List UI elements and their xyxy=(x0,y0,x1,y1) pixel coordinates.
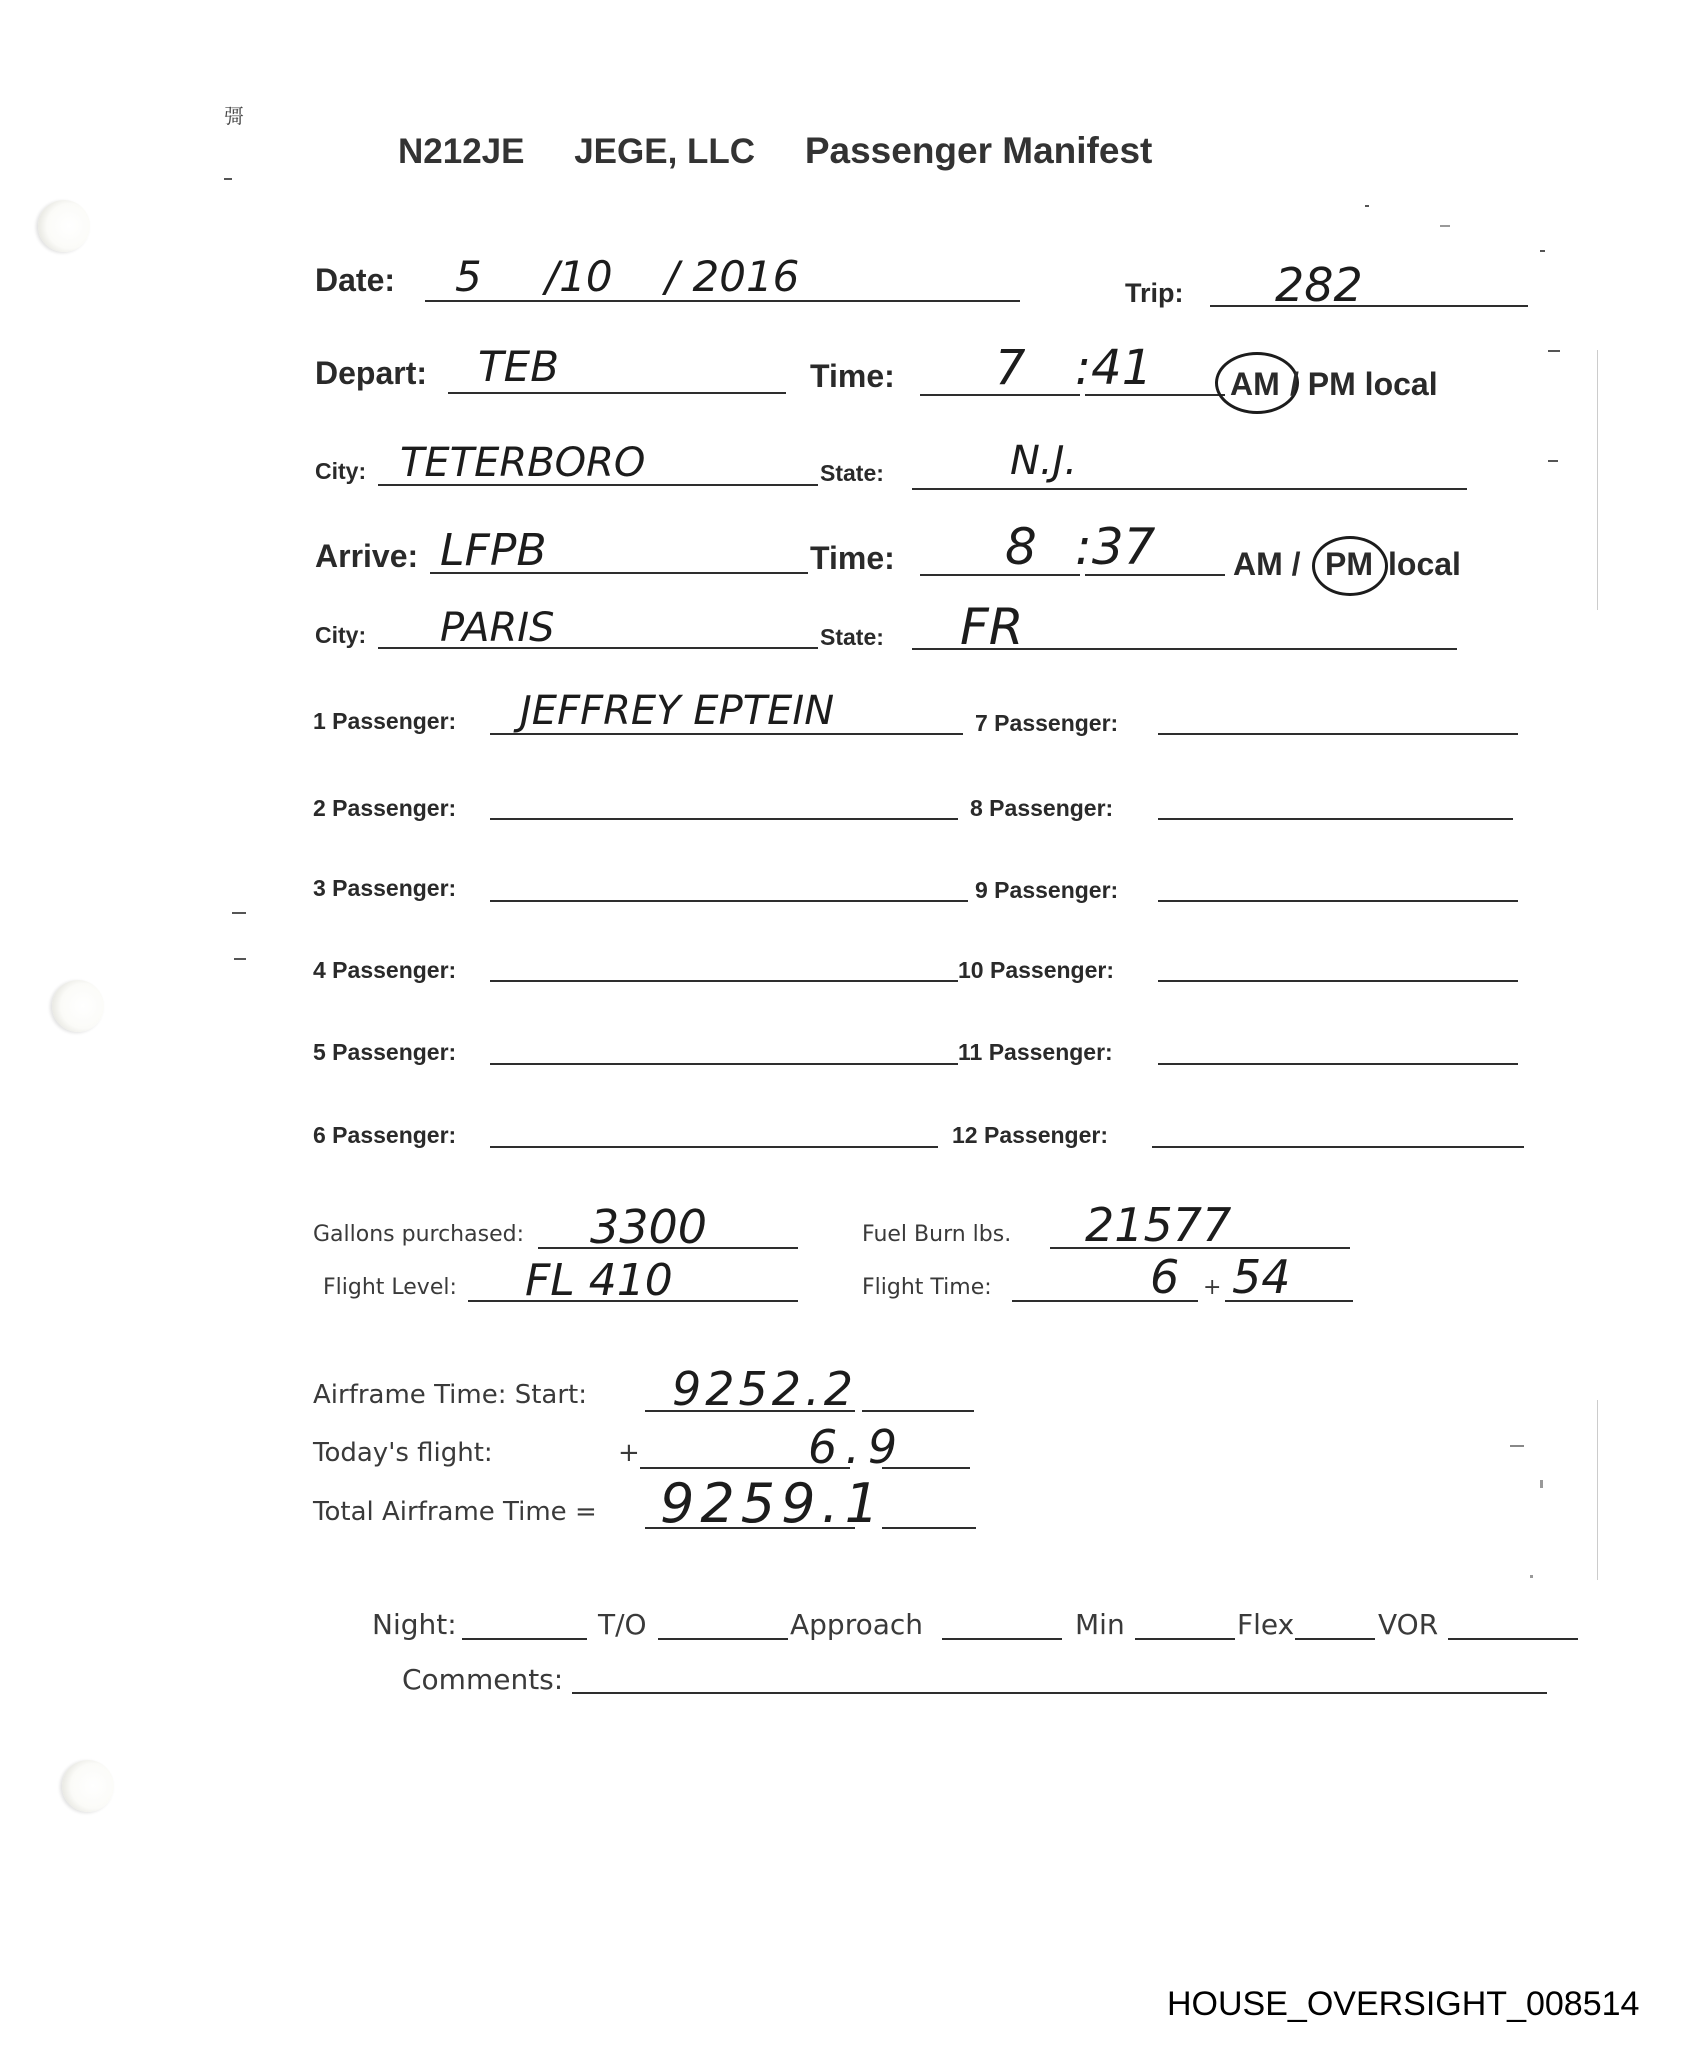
passenger-12-label: 12 Passenger: xyxy=(952,1122,1108,1149)
company-name: JEGE, LLC xyxy=(574,132,755,171)
margin-dash xyxy=(232,912,246,914)
passenger-5-label: 5 Passenger: xyxy=(313,1039,456,1066)
arrive-am-option[interactable]: AM / xyxy=(1233,546,1301,583)
document-header: N212JE JEGE, LLC Passenger Manifest xyxy=(398,130,1152,172)
depart-state-value: N.J. xyxy=(1010,438,1077,484)
gallons-value: 3300 xyxy=(590,1200,707,1254)
passenger-6-label: 6 Passenger: xyxy=(313,1122,456,1149)
passenger-8-label: 8 Passenger: xyxy=(970,795,1113,822)
pm-selection-circle xyxy=(1312,536,1388,596)
date-year-value: / 2016 xyxy=(665,252,799,301)
passenger-3-label: 3 Passenger: xyxy=(313,875,456,902)
passenger-1-label: 1 Passenger: xyxy=(313,708,456,735)
passenger-10-label: 10 Passenger: xyxy=(958,957,1114,984)
approach-field[interactable] xyxy=(942,1638,1062,1640)
passenger-2-field[interactable] xyxy=(490,818,958,820)
comments-label: Comments: xyxy=(402,1663,563,1696)
arrive-airport-value: LFPB xyxy=(440,525,547,576)
total-airframe-value: 9259.1 xyxy=(660,1472,885,1535)
arrive-hour-value: 8 xyxy=(1005,518,1037,576)
airframe-start-decimal-field[interactable] xyxy=(862,1410,974,1412)
passenger-3-field[interactable] xyxy=(490,900,968,902)
passenger-4-field[interactable] xyxy=(490,980,958,982)
min-field[interactable] xyxy=(1135,1638,1235,1640)
date-day-value: /10 xyxy=(545,252,613,301)
fuel-burn-value: 21577 xyxy=(1085,1198,1231,1252)
scan-speck xyxy=(1365,205,1369,207)
flight-level-label: Flight Level: xyxy=(323,1275,457,1300)
gallons-label: Gallons purchased: xyxy=(313,1222,524,1247)
arrive-city-label: City: xyxy=(315,622,366,649)
date-month-value: 5 xyxy=(455,252,482,301)
bates-stamp: HOUSE_OVERSIGHT_008514 xyxy=(1167,1985,1639,2024)
scan-speck xyxy=(1548,350,1560,352)
flex-label: Flex xyxy=(1237,1608,1294,1641)
flight-time-minutes-value: 54 xyxy=(1232,1250,1291,1304)
arrive-state-label: State: xyxy=(820,624,884,651)
vor-label: VOR xyxy=(1378,1608,1438,1641)
passenger-11-label: 11 Passenger: xyxy=(958,1039,1113,1066)
depart-state-field[interactable] xyxy=(912,488,1467,490)
scan-speck xyxy=(1510,1445,1524,1447)
comments-field[interactable] xyxy=(572,1692,1547,1694)
am-selection-circle xyxy=(1215,352,1299,414)
scan-speck xyxy=(1540,1480,1543,1488)
arrive-hour-field[interactable] xyxy=(920,574,1080,576)
today-flight-operator: + xyxy=(618,1438,640,1468)
depart-time-label: Time: xyxy=(810,358,895,395)
airframe-start-label: Airframe Time: Start: xyxy=(313,1380,587,1410)
binder-hole-top xyxy=(38,200,90,252)
depart-minute-value: :41 xyxy=(1075,340,1152,396)
fuel-burn-label: Fuel Burn lbs. xyxy=(862,1222,1011,1247)
page-edge-line xyxy=(1597,350,1598,610)
passenger-6-field[interactable] xyxy=(490,1146,938,1148)
scan-speck xyxy=(1548,460,1558,462)
scan-speck xyxy=(1540,250,1545,252)
arrive-time-label: Time: xyxy=(810,540,895,577)
passenger-10-field[interactable] xyxy=(1158,980,1518,982)
depart-airport-value: TEB xyxy=(478,342,559,391)
tail-number: N212JE xyxy=(398,132,524,171)
margin-dash xyxy=(224,178,232,180)
arrive-local-label: local xyxy=(1388,546,1461,583)
trip-label: Trip: xyxy=(1125,278,1184,309)
arrive-city-value: PARIS xyxy=(440,605,554,651)
airframe-start-value: 9252.2 xyxy=(672,1362,857,1416)
flight-time-separator: + xyxy=(1203,1275,1221,1300)
date-label: Date: xyxy=(315,262,395,299)
depart-label: Depart: xyxy=(315,355,427,392)
arrive-state-value: FR xyxy=(960,598,1024,656)
depart-hour-value: 7 xyxy=(995,340,1026,396)
night-label: Night: xyxy=(372,1608,457,1641)
approach-label: Approach xyxy=(790,1608,923,1641)
depart-airport-field[interactable] xyxy=(448,392,786,394)
depart-pm-option[interactable]: / PM local xyxy=(1290,366,1438,403)
night-field[interactable] xyxy=(462,1638,587,1640)
binder-hole-bottom xyxy=(62,1760,114,1812)
depart-city-label: City: xyxy=(315,458,366,485)
arrive-minute-value: :37 xyxy=(1075,518,1155,576)
passenger-9-field[interactable] xyxy=(1158,900,1518,902)
min-label: Min xyxy=(1075,1608,1125,1641)
passenger-1-value: JEFFREY EPTEIN xyxy=(520,688,834,734)
passenger-2-label: 2 Passenger: xyxy=(313,795,456,822)
flight-time-label: Flight Time: xyxy=(862,1275,992,1300)
page-title: Passenger Manifest xyxy=(805,130,1153,171)
passenger-4-label: 4 Passenger: xyxy=(313,957,456,984)
trip-field[interactable] xyxy=(1210,305,1528,307)
passenger-7-field[interactable] xyxy=(1158,733,1518,735)
margin-mark: 彁 xyxy=(224,100,244,129)
page-edge-line xyxy=(1597,1400,1598,1580)
scan-speck xyxy=(1440,225,1450,227)
flight-level-value: FL 410 xyxy=(525,1255,673,1306)
today-flight-value: 6.9 xyxy=(808,1420,905,1474)
depart-state-label: State: xyxy=(820,460,884,487)
passenger-9-label: 9 Passenger: xyxy=(975,877,1118,904)
today-flight-label: Today's flight: xyxy=(313,1438,493,1468)
flex-field[interactable] xyxy=(1295,1638,1375,1640)
trip-value: 282 xyxy=(1275,258,1363,312)
total-airframe-decimal-field[interactable] xyxy=(882,1527,976,1529)
passenger-12-field[interactable] xyxy=(1152,1146,1524,1148)
passenger-5-field[interactable] xyxy=(490,1063,958,1065)
passenger-7-label: 7 Passenger: xyxy=(975,710,1118,737)
flight-time-hours-value: 6 xyxy=(1150,1250,1179,1304)
arrive-label: Arrive: xyxy=(315,538,418,575)
to-field[interactable] xyxy=(658,1638,788,1640)
scan-speck xyxy=(1530,1575,1533,1578)
passenger-11-field[interactable] xyxy=(1158,1063,1518,1065)
to-label: T/O xyxy=(598,1608,647,1641)
passenger-8-field[interactable] xyxy=(1158,818,1513,820)
total-airframe-label: Total Airframe Time = xyxy=(313,1497,597,1527)
binder-hole-middle xyxy=(52,980,104,1032)
margin-dash xyxy=(234,958,246,960)
depart-city-value: TETERBORO xyxy=(400,440,645,486)
vor-field[interactable] xyxy=(1448,1638,1578,1640)
